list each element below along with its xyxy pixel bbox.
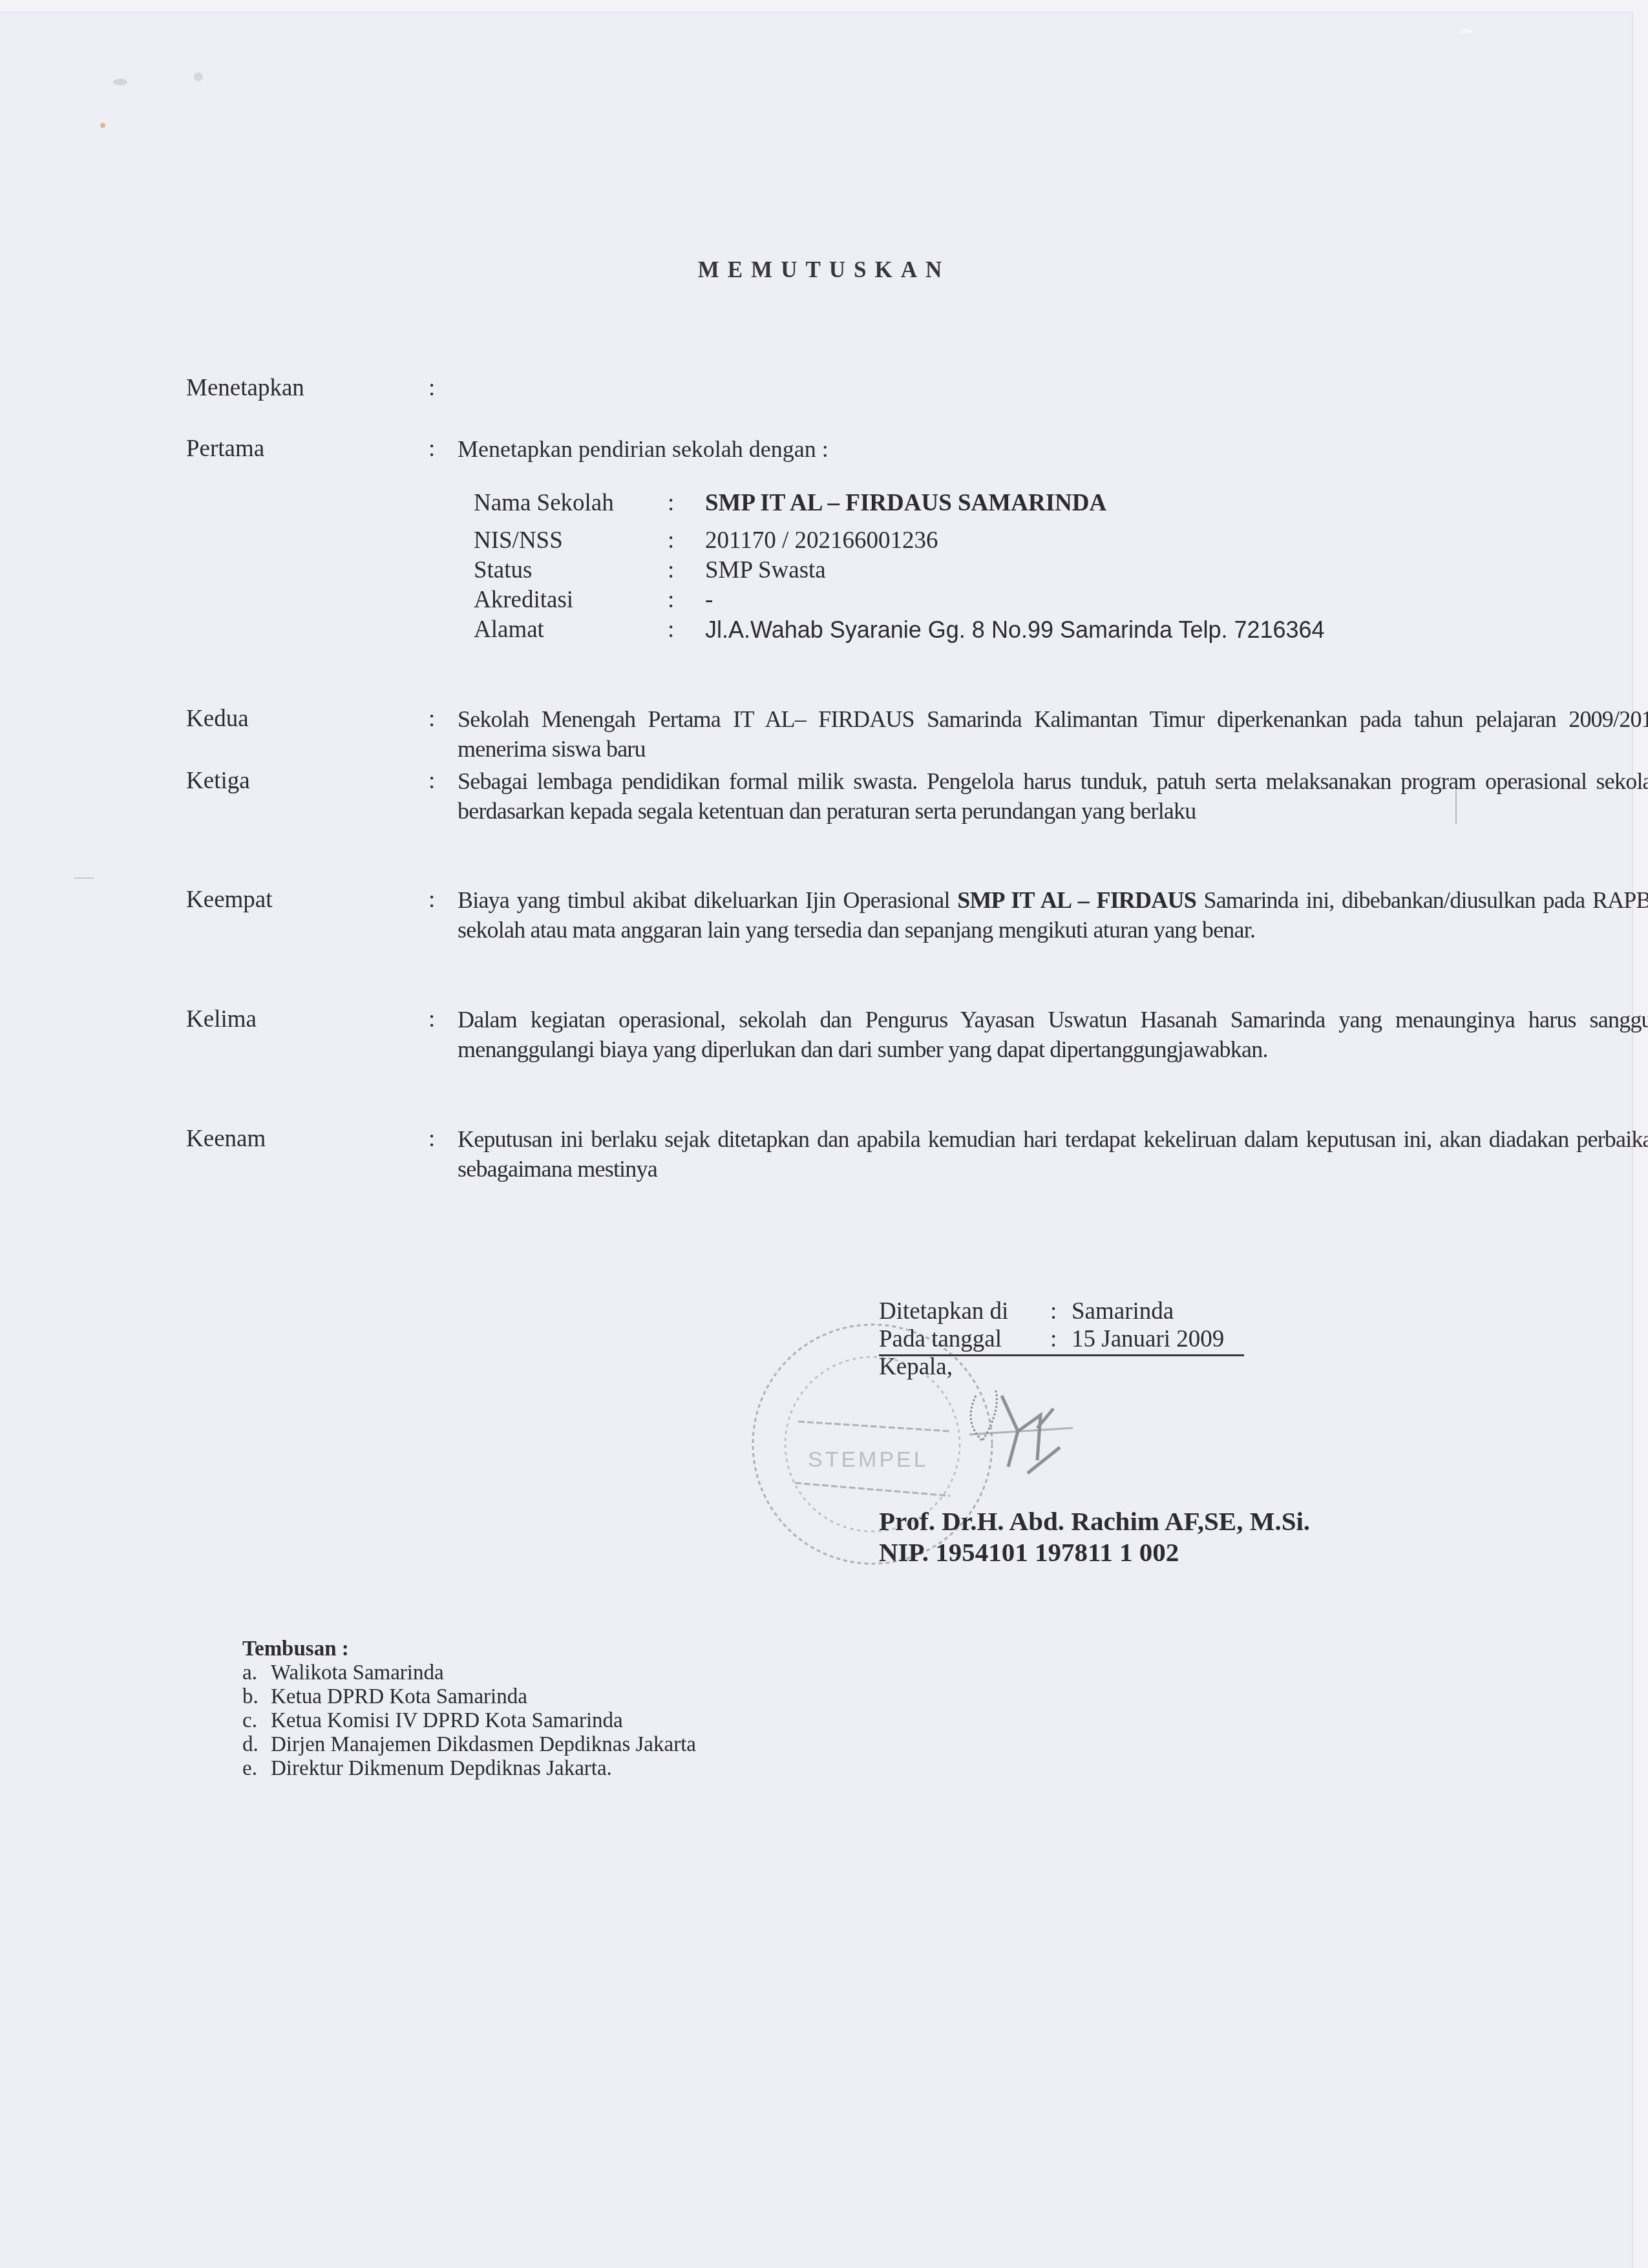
item-text: Ketua Komisi IV DPRD Kota Samarinda: [271, 1709, 623, 1733]
place-value: Samarinda: [1072, 1297, 1174, 1325]
place-colon: :: [1050, 1297, 1057, 1325]
school-name-bold: SMP IT AL – FIRDAUS: [957, 887, 1196, 913]
copies-item: b. Ketua DPRD Kota Samarinda: [242, 1685, 349, 1709]
paper-speck: [100, 123, 105, 128]
detail-label: Status: [474, 556, 532, 585]
section-colon: :: [428, 1005, 435, 1034]
section-text: Dalam kegiatan operasional, sekolah dan …: [458, 1005, 1648, 1064]
section-text: Biaya yang timbul akibat dikeluarkan Iji…: [458, 885, 1648, 945]
copies-list: Tembusan : a. Walikota Samarinda b. Ketu…: [242, 1637, 349, 1781]
item-text: Walikota Samarinda: [271, 1661, 444, 1685]
scan-mark: [74, 877, 94, 879]
section-colon: :: [428, 373, 435, 403]
detail-colon: :: [668, 526, 674, 556]
detail-label: NIS/NSS: [474, 526, 563, 556]
detail-value: SMP IT AL – FIRDAUS SAMARINDA: [705, 488, 1106, 518]
document-heading: MEMUTUSKAN: [0, 257, 1648, 283]
item-letter: a.: [242, 1661, 257, 1685]
section-colon: :: [428, 766, 435, 796]
detail-value: -: [705, 585, 713, 615]
section-label: Kedua: [186, 704, 249, 734]
date-colon: :: [1050, 1325, 1057, 1353]
section-colon: :: [428, 1124, 435, 1154]
copies-item: e. Direktur Dikmenum Depdiknas Jakarta.: [242, 1757, 349, 1781]
position-title: Kepala,: [879, 1353, 953, 1381]
detail-value: SMP Swasta: [705, 556, 826, 585]
section-text: Sekolah Menengah Pertama IT AL– FIRDAUS …: [458, 704, 1648, 764]
place-label: Ditetapkan di: [879, 1297, 1008, 1325]
section-text: Sebagai lembaga pendidikan formal milik …: [458, 766, 1648, 826]
signer: Prof. Dr.H. Abd. Rachim AF,SE, M.Si. NIP…: [879, 1506, 1310, 1568]
section-text: Menetapkan pendirian sekolah dengan :: [458, 434, 1648, 464]
detail-colon: :: [668, 556, 674, 585]
item-letter: e.: [242, 1757, 257, 1781]
text-part: Biaya yang timbul akibat dikeluarkan Iji…: [458, 887, 957, 913]
section-label: Pertama: [186, 434, 264, 464]
detail-label: Akreditasi: [474, 585, 573, 615]
paper-speck: [1461, 28, 1472, 34]
section-text: Keputusan ini berlaku sejak ditetapkan d…: [458, 1124, 1648, 1184]
section-colon: :: [428, 704, 435, 734]
item-text: Dirjen Manajemen Dikdasmen Depdiknas Jak…: [271, 1733, 696, 1757]
signer-nip: NIP. 1954101 197811 1 002: [879, 1537, 1310, 1568]
item-letter: c.: [242, 1709, 257, 1733]
section-label: Ketiga: [186, 766, 250, 796]
paper-speck: [113, 79, 127, 85]
copies-item: c. Ketua Komisi IV DPRD Kota Samarinda: [242, 1709, 349, 1733]
paper-speck: [194, 72, 203, 81]
detail-colon: :: [668, 585, 674, 615]
item-text: Direktur Dikmenum Depdiknas Jakarta.: [271, 1757, 612, 1781]
section-label: Keenam: [186, 1124, 266, 1154]
section-label: Kelima: [186, 1005, 257, 1034]
section-label: Keempat: [186, 885, 273, 915]
section-colon: :: [428, 885, 435, 915]
date-value: 15 Januari 2009: [1072, 1325, 1224, 1353]
signer-name: Prof. Dr.H. Abd. Rachim AF,SE, M.Si.: [879, 1506, 1310, 1537]
copies-title: Tembusan :: [242, 1637, 349, 1661]
detail-label: Alamat: [474, 615, 544, 645]
item-letter: b.: [242, 1685, 259, 1709]
detail-value: 201170 / 202166001236: [705, 526, 938, 556]
detail-label: Nama Sekolah: [474, 488, 614, 518]
item-letter: d.: [242, 1733, 259, 1757]
detail-colon: :: [668, 488, 674, 518]
copies-item: a. Walikota Samarinda: [242, 1661, 349, 1685]
date-label: Pada tanggal: [879, 1325, 1002, 1353]
item-text: Ketua DPRD Kota Samarinda: [271, 1685, 527, 1709]
section-label: Menetapkan: [186, 373, 304, 403]
detail-value: Jl.A.Wahab Syaranie Gg. 8 No.99 Samarind…: [705, 615, 1325, 645]
detail-colon: :: [668, 615, 674, 645]
section-colon: :: [428, 434, 435, 464]
copies-item: d. Dirjen Manajemen Dikdasmen Depdiknas …: [242, 1733, 349, 1757]
